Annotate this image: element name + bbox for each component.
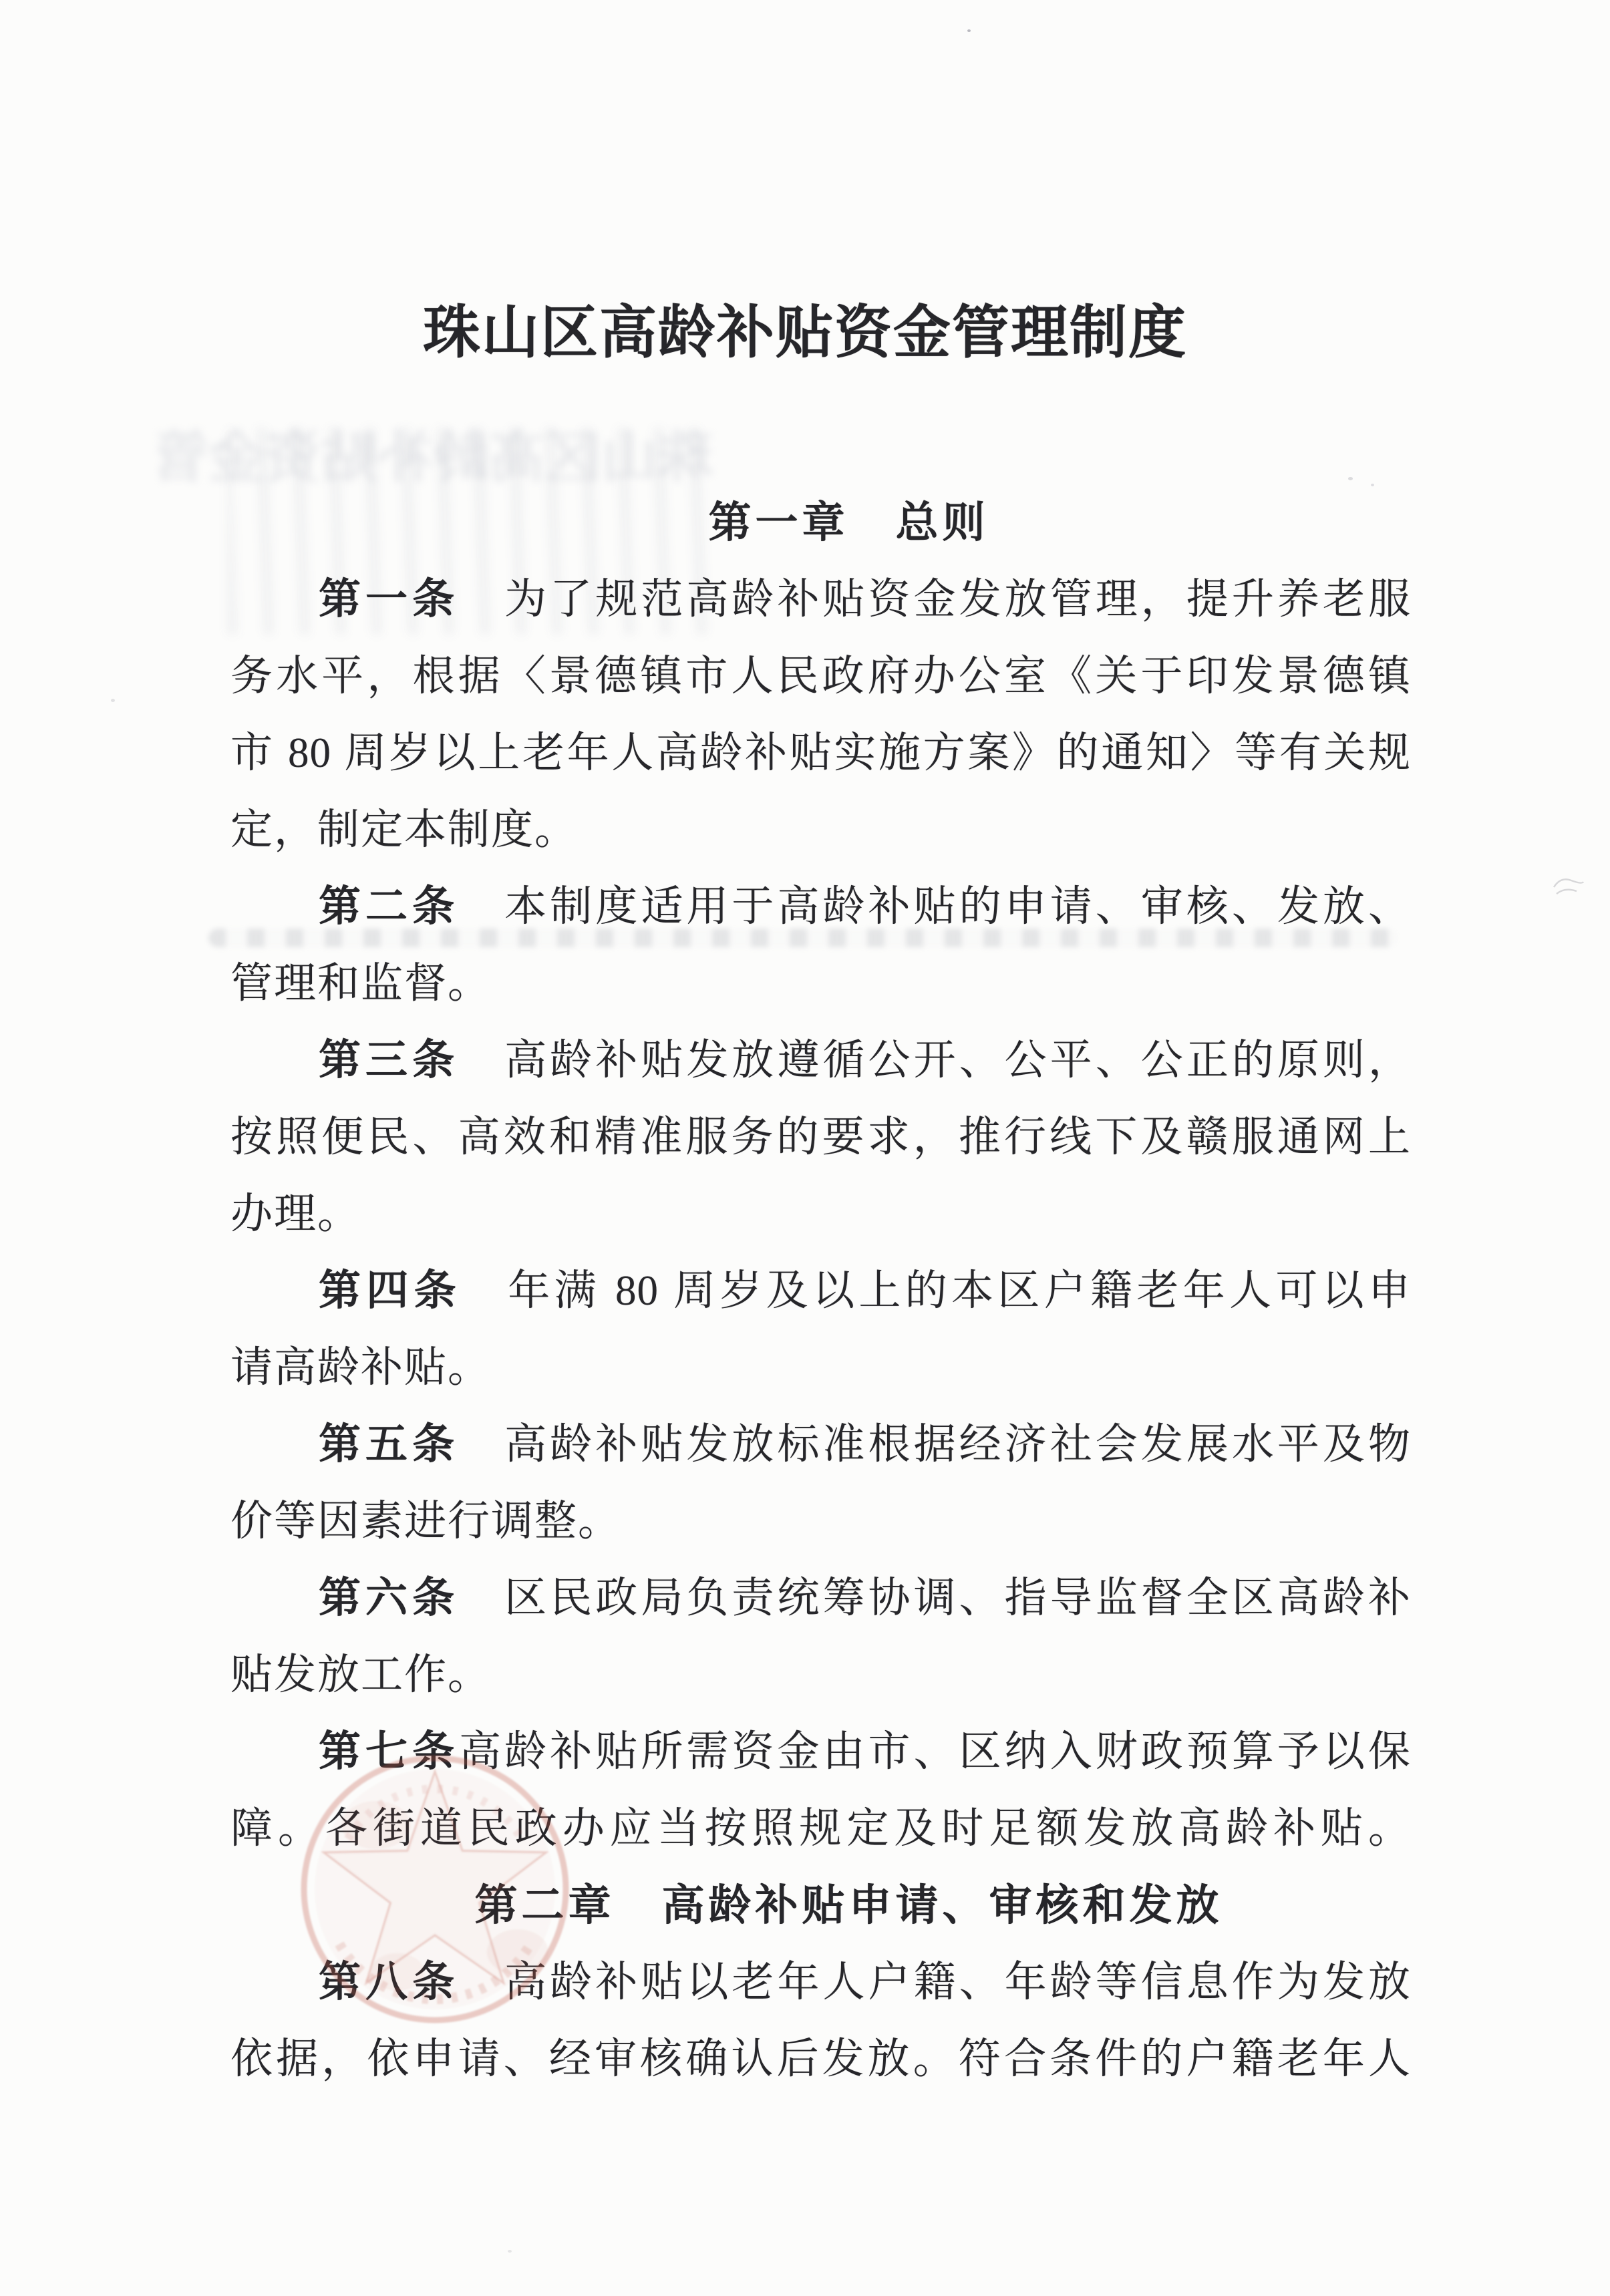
chapter-heading: 第一章 总则 bbox=[259, 484, 1439, 560]
line-text: 高龄补贴以老年人户籍、年龄等信息作为发放 bbox=[459, 1959, 1411, 2005]
article-number: 第五条 bbox=[319, 1421, 459, 1468]
line-text: 障。各街道民政办应当按照规定及时足额发放高龄补贴。 bbox=[230, 1805, 1411, 1852]
line-text: 年满 80 周岁及以上的本区户籍老年人可以申 bbox=[462, 1267, 1411, 1314]
document-title: 珠山区高龄补贴资金管理制度 bbox=[0, 289, 1610, 377]
text-line: 请高龄补贴。 bbox=[230, 1329, 1411, 1406]
text-line: 务水平，根据〈景德镇市人民政府办公室《关于印发景德镇 bbox=[230, 638, 1411, 714]
line-text: 定，制定本制度。 bbox=[230, 806, 578, 853]
line-text: 按照便民、高效和精准服务的要求，推行线下及赣服通网上 bbox=[230, 1114, 1411, 1160]
pencil-squiggle-mark bbox=[1551, 874, 1586, 900]
text-line: 第三条 高龄补贴发放遵循公开、公平、公正的原则， bbox=[230, 1022, 1411, 1098]
text-line: 第一条 为了规范高龄补贴资金发放管理，提升养老服 bbox=[230, 561, 1411, 637]
text-line: 第八条 高龄补贴以老年人户籍、年龄等信息作为发放 bbox=[230, 1944, 1411, 2020]
line-text: 高龄补贴所需资金由市、区纳入财政预算予以保 bbox=[459, 1728, 1411, 1775]
line-text: 贴发放工作。 bbox=[230, 1651, 491, 1698]
line-text: 区民政局负责统筹协调、指导监督全区高龄补 bbox=[459, 1575, 1411, 1621]
scan-speck bbox=[111, 699, 115, 702]
scanned-document-page: 珠山区高龄补贴资金管理制度 珠山区高龄补贴资金管理制度 第一章 总则第一条 为了… bbox=[0, 0, 1610, 2296]
line-text: 高龄补贴发放遵循公开、公平、公正的原则， bbox=[459, 1037, 1411, 1084]
line-text: 请高龄补贴。 bbox=[230, 1344, 491, 1391]
article-number: 第八条 bbox=[319, 1959, 459, 2005]
line-text: 价等因素进行调整。 bbox=[230, 1498, 621, 1544]
text-line: 办理。 bbox=[230, 1176, 1411, 1252]
text-line: 定，制定本制度。 bbox=[230, 792, 1411, 868]
text-line: 第二条 本制度适用于高龄补贴的申请、审核、发放、 bbox=[230, 868, 1411, 945]
line-text: 为了规范高龄补贴资金发放管理，提升养老服 bbox=[459, 576, 1411, 623]
scan-speck bbox=[1348, 477, 1353, 480]
article-number: 第三条 bbox=[319, 1037, 459, 1084]
article-number: 第一条 bbox=[319, 576, 459, 623]
text-line: 价等因素进行调整。 bbox=[230, 1483, 1411, 1559]
text-line: 第五条 高龄补贴发放标准根据经济社会发展水平及物 bbox=[230, 1406, 1411, 1482]
line-text: 办理。 bbox=[230, 1190, 361, 1237]
article-number: 第七条 bbox=[319, 1728, 459, 1775]
text-line: 依据，依申请、经审核确认后发放。符合条件的户籍老年人 bbox=[230, 2021, 1411, 2097]
article-number: 第六条 bbox=[319, 1575, 459, 1621]
line-text: 市 80 周岁以上老年人高龄补贴实施方案》的通知〉等有关规 bbox=[230, 729, 1411, 776]
text-line: 按照便民、高效和精准服务的要求，推行线下及赣服通网上 bbox=[230, 1099, 1411, 1175]
text-line: 贴发放工作。 bbox=[230, 1637, 1411, 1713]
article-number: 第二条 bbox=[319, 883, 459, 930]
article-number: 第四条 bbox=[319, 1267, 462, 1314]
line-text: 管理和监督。 bbox=[230, 960, 491, 1007]
line-text: 第一章 总则 bbox=[709, 498, 989, 546]
line-text: 第二章 高龄补贴申请、审核和发放 bbox=[475, 1881, 1223, 1929]
line-text: 本制度适用于高龄补贴的申请、审核、发放、 bbox=[459, 883, 1411, 930]
scan-speck bbox=[508, 2250, 512, 2253]
text-line: 第四条 年满 80 周岁及以上的本区户籍老年人可以申 bbox=[230, 1253, 1411, 1329]
line-text: 务水平，根据〈景德镇市人民政府办公室《关于印发景德镇 bbox=[230, 653, 1411, 699]
text-line: 第六条 区民政局负责统筹协调、指导监督全区高龄补 bbox=[230, 1560, 1411, 1636]
chapter-heading: 第二章 高龄补贴申请、审核和发放 bbox=[259, 1867, 1439, 1943]
line-text: 高龄补贴发放标准根据经济社会发展水平及物 bbox=[459, 1421, 1411, 1468]
text-line: 市 80 周岁以上老年人高龄补贴实施方案》的通知〉等有关规 bbox=[230, 715, 1411, 791]
line-text: 依据，依申请、经审核确认后发放。符合条件的户籍老年人 bbox=[230, 2035, 1411, 2082]
text-line: 第七条高龄补贴所需资金由市、区纳入财政预算予以保 bbox=[230, 1713, 1411, 1790]
scan-speck bbox=[967, 29, 971, 32]
text-line: 障。各街道民政办应当按照规定及时足额发放高龄补贴。 bbox=[230, 1790, 1411, 1866]
text-line: 管理和监督。 bbox=[230, 945, 1411, 1021]
